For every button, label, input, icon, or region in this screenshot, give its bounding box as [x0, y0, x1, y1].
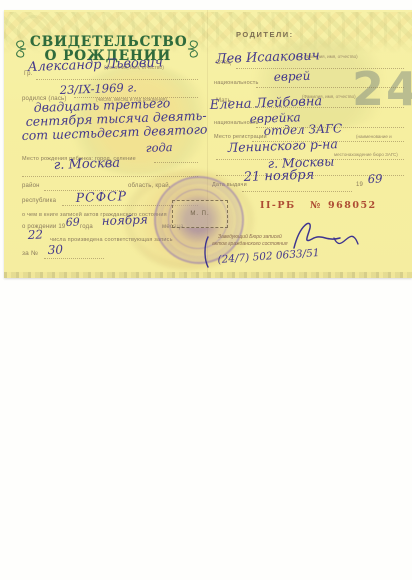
title-flourish-left-icon	[12, 38, 28, 60]
stamp-place-box: М. П.	[172, 200, 228, 228]
father-nationality-handwritten: еврей	[274, 69, 311, 84]
form-line	[36, 78, 198, 80]
form-line	[256, 86, 404, 88]
registry-year-handwritten: 69	[66, 216, 80, 229]
registry-year-suffix: года	[80, 224, 93, 230]
official-title-line2: актов гражданского состояния	[212, 241, 288, 247]
stamp-place-label: М. П.	[190, 211, 209, 217]
pen-bracket-mark	[201, 235, 211, 269]
registration-hint1: (наименование и	[356, 134, 392, 139]
issue-date-handwritten: 21 ноября	[243, 168, 314, 185]
republic-handwritten: РСФСР	[75, 188, 127, 205]
birthplace-handwritten: г. Москва	[53, 156, 120, 173]
parents-header: РОДИТЕЛИ:	[236, 30, 294, 39]
form-line	[242, 190, 352, 192]
issue-year-handwritten: 69	[368, 171, 383, 186]
number-sign: №	[310, 200, 322, 211]
series-text: II-РБ	[260, 200, 296, 211]
official-title-line1: Заведующий Бюро записей	[218, 234, 282, 240]
father-nationality-label: национальность	[214, 80, 259, 86]
region-label: область, край,	[128, 183, 171, 189]
title-flourish-right-icon	[186, 38, 202, 60]
registry-day-handwritten: 22	[28, 227, 44, 242]
issue-year-prefix: 19	[356, 182, 363, 188]
birth-date-handwritten: 23/IX-1969 г.	[60, 80, 138, 97]
form-line	[236, 67, 404, 69]
registration-value2-handwritten: Ленинского р-на	[227, 136, 338, 155]
registration-hint2: местонахождение бюро ЗАГС)	[334, 152, 398, 157]
district-label: район	[22, 183, 40, 189]
serial-number: 968052	[328, 200, 377, 211]
record-number-label: за №	[22, 250, 38, 257]
form-line	[154, 161, 198, 163]
registry-day-suffix: числа произведена соответствующая запись	[50, 237, 173, 243]
birth-words-line4: года	[146, 140, 173, 155]
form-line	[22, 175, 198, 177]
certificate-paper: 24 СВИДЕТЕЛЬСТВО О РОЖДЕНИИ Гр. (фамилия…	[4, 10, 412, 278]
republic-label: республика	[22, 198, 56, 204]
ornament-band-bottom	[4, 272, 412, 278]
registry-month-handwritten: ноября	[102, 212, 148, 228]
form-line	[44, 257, 104, 259]
record-number-handwritten: 30	[48, 242, 64, 257]
